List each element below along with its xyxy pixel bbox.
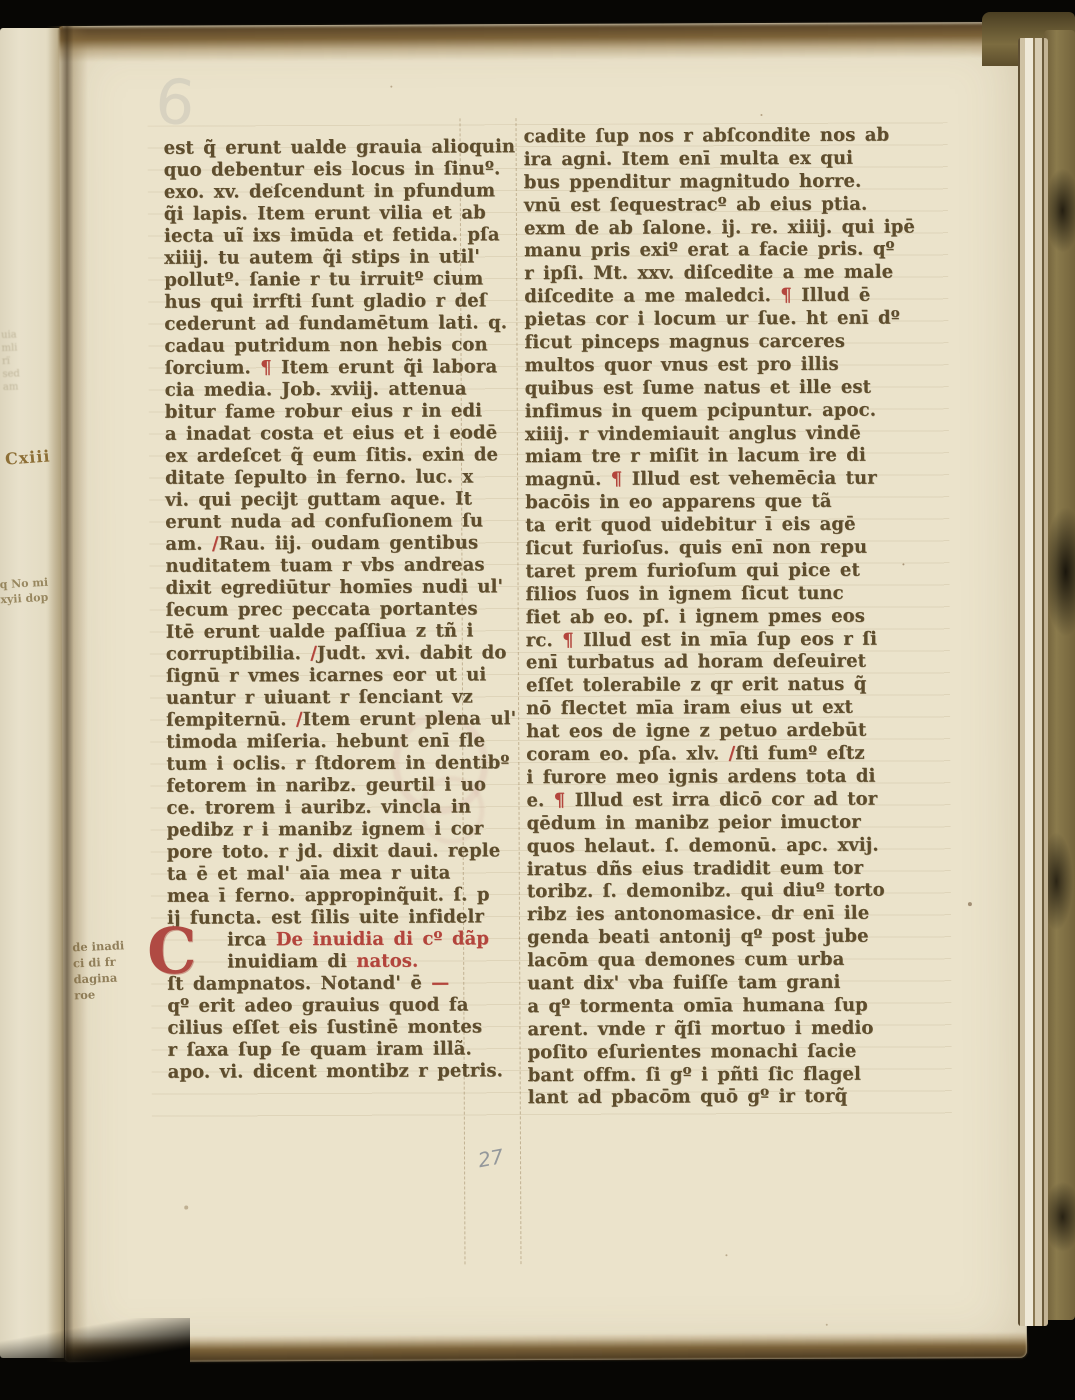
text-run: diſcedite a me maledci. <box>524 285 780 308</box>
text-run: timoda miſeria. hebunt enī fle <box>166 730 485 753</box>
text-run: e. <box>526 790 553 812</box>
text-run: magnū. <box>525 469 611 491</box>
text-run: Judt. xvi. dabit do <box>317 642 506 664</box>
text-run: mea ī ferno. appropinq̃uit. ſ. p <box>167 884 490 907</box>
manuscript-line: ſempiternū. /Item erunt plena ul' <box>166 708 502 732</box>
text-run: coram eo. pſa. xlv. <box>526 743 728 765</box>
rubric-run: — <box>431 972 449 993</box>
text-run: ſt dampnatos. Notand' ē <box>167 972 431 995</box>
rubric-run: ¶ <box>780 285 801 307</box>
binding-cover-edge <box>1044 30 1075 1320</box>
text-run: quibus est ſume natus et ille est <box>525 376 871 399</box>
manuscript-line: am. /Rau. iij. oudam gentibus <box>165 532 501 556</box>
manuscript-line: qēdum in manibz peior imuctor <box>527 811 927 836</box>
manuscript-line: pietas cor i locum ur ſue. ht enī dº <box>524 307 924 332</box>
text-run: r ſaxa ſup ſe quam iram illã. <box>168 1038 472 1061</box>
text-run: qēdum in manibz peior imuctor <box>527 811 861 834</box>
manuscript-line: ira agni. Item enī multa ex qui <box>524 147 924 172</box>
text-run: iratus dñs eius tradidit eum tor <box>527 857 863 880</box>
manuscript-line: infimus in quem pcipuntur. apoc. <box>525 399 925 424</box>
text-run: inuidiam di <box>227 951 356 973</box>
text-run: a inadat costa et eius et i eodē <box>165 422 497 445</box>
text-run: cilius eſſet eis ſustinē montes <box>167 1016 482 1039</box>
text-run: dixit egrediūtur homīes nudi ul' <box>165 576 503 599</box>
manuscript-line: q̃i lapis. Item erunt vilia et ab <box>164 202 500 226</box>
manuscript-line: uantur r uiuant r ſenciant vz <box>166 686 502 710</box>
text-run: fetorem in naribz. geurtil i uo <box>166 774 486 797</box>
manuscript-line: timoda miſeria. hebunt enī fle <box>166 730 502 754</box>
manuscript-line: pollutº. ſanie r tu irruitº cium <box>164 268 500 292</box>
text-run: iecta uĩ ixs imūda et fetida. pſa <box>164 224 500 247</box>
manuscript-line: nō flectet mīa iram eius ut ext <box>526 696 926 721</box>
manuscript-line: multos quor vnus est pro illis <box>525 353 925 378</box>
marginal-line: xyii dop <box>0 590 49 608</box>
manuscript-line: bitur fame robur eius r in edi <box>165 400 501 424</box>
text-run: r ipſi. Mt. xxv. diſcedite a me male <box>524 262 893 285</box>
manuscript-line: quibus est ſume natus et ille est <box>525 376 925 401</box>
manuscript-line: ditate ſepulto in ferno. luc. x <box>165 466 501 490</box>
manuscript-line: taret prem furioſum qui pice et <box>525 559 925 584</box>
manuscript-line: pedibz r i manibz ignem i cor <box>167 818 503 842</box>
text-run: hus qui irrfti ſunt gladio r deſ <box>164 290 486 313</box>
manuscript-line: e. ¶ Illud est irra dicō cor ad tor <box>526 788 926 813</box>
text-run: ex ardeſcet q̃ eum ſitis. exin de <box>165 444 498 467</box>
page-stack-edge <box>1018 38 1048 1326</box>
manuscript-line: poſito eſurientes monachi ſacie <box>528 1040 928 1065</box>
text-run: arent. vnde r q̃ſi mortuo i medio <box>527 1017 873 1040</box>
manuscript-line: uant dix' vba fuiſſe tam grani <box>527 971 927 996</box>
manuscript-line: fiet ab eo. pſ. i ignem pmes eos <box>526 605 926 630</box>
text-run: poſito eſurientes monachi ſacie <box>528 1040 857 1063</box>
text-run: ira agni. Item enī multa ex qui <box>524 147 853 170</box>
manuscript-line: enī turbatus ad horam deſeuiret <box>526 651 926 676</box>
pencil-mark-erased: 6 <box>152 64 199 141</box>
manuscript-line: Itē erunt ualde paſſiua z tñ i <box>166 620 502 644</box>
text-run: ij functa. est ſilis uite infidelr <box>167 906 484 929</box>
manuscript-line: lant ad pbacōm quō gº ir torq̃ <box>528 1086 928 1111</box>
text-run: ſicut furioſus. quis enī non repu <box>525 536 867 559</box>
text-run: xiiij. r vindemiauit anglus vindē <box>525 422 861 445</box>
manuscript-line: miam tre r miſit in lacum ire di <box>525 445 925 470</box>
text-run: exm de ab ſalone. ij. re. xiiij. qui ipē <box>524 216 915 239</box>
manuscript-line: ficut pinceps magnus carceres <box>524 330 924 355</box>
manuscript-line: mea ī ferno. appropinq̃uit. ſ. p <box>167 884 503 908</box>
manuscript-line: est q̃ erunt ualde grauia alioquin <box>164 136 500 160</box>
text-run: exo. xv. deſcendunt in pfundum <box>164 180 495 203</box>
manuscript-line: nuditatem tuam r vbs andreas <box>165 554 501 578</box>
manuscript-line: cederunt ad fundamētum lati. q. <box>164 312 500 336</box>
manuscript-line: vi. qui pecijt guttam aque. It <box>165 488 501 512</box>
manuscript-line: r ipſi. Mt. xxv. diſcedite a me male <box>524 261 924 286</box>
text-run: ce. trorem i auribz. vincla in <box>166 796 471 819</box>
text-run: ribz ies antonomasice. dr enī ile <box>527 903 869 926</box>
manuscript-line: ſorcium. ¶ Item erunt q̃i labora <box>165 356 501 380</box>
text-run: ditate ſepulto in ferno. luc. x <box>165 466 473 489</box>
manuscript-line: ta ē et mal' aīa mea r uita <box>167 862 503 886</box>
text-run: q̃i lapis. Item erunt vilia et ab <box>164 202 486 225</box>
text-run: infimus in quem pcipuntur. apoc. <box>525 399 876 422</box>
text-run: Item erunt plena ul' <box>303 708 517 730</box>
manuscript-line: fetorem in naribz. geurtil i uo <box>166 774 502 798</box>
text-run: vnū est ſequestracº ab eius ptia. <box>524 193 868 216</box>
manuscript-line: cadau putridum non hebis con <box>164 334 500 358</box>
rubric-run: ¶ <box>260 357 281 379</box>
manuscript-line: ſignū r vmes icarnes eor ut ui <box>166 664 502 688</box>
manuscript-line: ſt dampnatos. Notand' ē — <box>167 972 503 996</box>
manuscript-line: ce. trorem i auribz. vincla in <box>166 796 502 820</box>
text-run: fiet ab eo. pſ. i ignem pmes eos <box>526 605 865 628</box>
text-run: corruptibilia. <box>166 643 311 665</box>
text-run: Itē erunt ualde paſſiua z tñ i <box>166 620 474 643</box>
text-run: miam tre r miſit in lacum ire di <box>525 445 866 468</box>
text-run: pore toto. r jd. dixit daui. reple <box>167 840 501 863</box>
text-run: Illud ē <box>801 285 870 307</box>
manuscript-line: lacōm qua demones cum urba <box>527 948 927 973</box>
manuscript-line: inuidiam di natos. <box>167 950 503 974</box>
text-run: lacōm qua demones cum urba <box>527 949 844 972</box>
text-run: bus ppenditur magnitudo horre. <box>524 170 862 193</box>
text-run: ſecum prec peccata portantes <box>166 598 478 621</box>
folio-number: 27 <box>476 1144 505 1172</box>
text-run: filios ſuos in ignem ſicut tunc <box>526 582 844 605</box>
manuscript-line: a qº tormenta omīa humana ſup <box>527 994 927 1019</box>
text-run: genda beati antonij qº post jube <box>527 926 869 949</box>
text-run: taret prem furioſum qui pice et <box>525 559 859 582</box>
manuscript-line: toribz. ſ. demonibz. qui diuº torto <box>527 879 927 904</box>
manuscript-line: xiiij. tu autem q̃i stips in util' <box>164 246 500 270</box>
text-run: ficut pinceps magnus carceres <box>524 330 845 353</box>
manuscript-line: ex ardeſcet q̃ eum ſitis. exin de <box>165 444 501 468</box>
manuscript-line: ij functa. est ſilis uite infidelr <box>167 906 503 930</box>
text-run: nō flectet mīa iram eius ut ext <box>526 697 853 720</box>
text-run: ta ē et mal' aīa mea r uita <box>167 862 451 885</box>
text-run: cederunt ad fundamētum lati. q. <box>164 312 507 335</box>
text-run: ſorcium. <box>165 357 261 379</box>
manuscript-line: genda beati antonij qº post jube <box>527 925 927 950</box>
text-run: hat eos de igne z petuo ardebūt <box>526 720 866 743</box>
text-run: ſignū r vmes icarnes eor ut ui <box>166 664 486 687</box>
text-run: nuditatem tuam r vbs andreas <box>165 554 484 577</box>
rubric-run: natos. <box>356 950 418 972</box>
text-run: i furore meo ignis ardens tota di <box>526 765 875 788</box>
text-column-left: est q̃ erunt ualde grauia alioquinquo de… <box>164 136 504 1083</box>
text-run: a qº tormenta omīa humana ſup <box>527 994 868 1017</box>
text-run: eſſet tolerabile z qr erit natus q̃ <box>526 674 867 697</box>
text-run: ta erit quod uidebitur ī eis agē <box>525 514 855 537</box>
rubric-run: ¶ <box>554 789 575 811</box>
page-bottom-browned-edge <box>65 1332 1027 1362</box>
text-run: uant dix' vba fuiſſe tam grani <box>527 971 840 994</box>
manuscript-line: bus ppenditur magnitudo horre. <box>524 170 924 195</box>
manuscript-line: hat eos de igne z petuo ardebūt <box>526 719 926 744</box>
manuscript-page: 6 est q̃ erunt ualde grauia alioquinquo … <box>59 22 1027 1362</box>
text-run: cadau putridum non hebis con <box>164 334 487 357</box>
text-run: manu pris exiº erat a facie pris. qº <box>524 239 895 262</box>
page-top-browned-edge <box>59 22 1021 62</box>
manuscript-line: i furore meo ignis ardens tota di <box>526 765 926 790</box>
manuscript-line: bant offm. ſi gº i pñti ſic flagel <box>528 1063 928 1088</box>
text-run: Item erunt q̃i labora <box>281 356 497 378</box>
manuscript-line: ribz ies antonomasice. dr enī ile <box>527 902 927 927</box>
rubric-run: ¶ <box>562 629 583 651</box>
text-run: quo debentur eis locus in ſinuº. <box>164 158 501 181</box>
manuscript-line: iecta uĩ ixs imūda et fetida. pſa <box>164 224 500 248</box>
manuscript-line: quos helaut. ſ. demonū. apc. xvij. <box>527 834 927 859</box>
text-run: irca <box>227 929 276 951</box>
text-run: tum i oclis. r ſtdorem in dentibº <box>166 752 509 775</box>
manuscript-line: apo. vi. dicent montibz r petris. <box>168 1060 504 1084</box>
text-run: xiiij. tu autem q̃i stips in util' <box>164 246 480 269</box>
manuscript-line: dixit egrediūtur homīes nudi ul' <box>165 576 501 600</box>
marginal-note-low: q No mixyii dop <box>0 575 49 608</box>
manuscript-line: manu pris exiº erat a facie pris. qº <box>524 239 924 264</box>
manuscript-line: exo. xv. deſcendunt in pfundum <box>164 180 500 204</box>
manuscript-line: r ſaxa ſup ſe quam iram illã. <box>168 1038 504 1062</box>
text-run: pedibz r i manibz ignem i cor <box>167 818 484 841</box>
manuscript-line: a inadat costa et eius et i eodē <box>165 422 501 446</box>
text-run: ſti fumº eſtz <box>735 742 864 764</box>
manuscript-line: quo debentur eis locus in ſinuº. <box>164 158 500 182</box>
text-run: am. <box>165 533 212 555</box>
text-run: Illud est in mīa ſup eos r ſi <box>583 628 877 651</box>
text-run: bacōis in eo apparens que tã <box>525 491 832 514</box>
text-run: uantur r uiuant r ſenciant vz <box>166 686 473 709</box>
text-run: rc. <box>526 629 562 651</box>
manuscript-line: bacōis in eo apparens que tã <box>525 490 925 515</box>
manuscript-line: corruptibilia. /Judt. xvi. dabit do <box>166 642 502 666</box>
rubric-run: De inuidia di cº dãp <box>276 928 489 950</box>
manuscript-line: hus qui irrfti ſunt gladio r deſ <box>164 290 500 314</box>
text-run: Illud est irra dicō cor ad tor <box>575 788 878 811</box>
manuscript-line: rc. ¶ Illud est in mīa ſup eos r ſi <box>526 628 926 653</box>
manuscript-line: erunt nuda ad confuſionem ſu <box>165 510 501 534</box>
text-run: pietas cor i locum ur ſue. ht enī dº <box>524 307 900 330</box>
manuscript-line: coram eo. pſa. xlv. /ſti fumº eſtz <box>526 742 926 767</box>
text-run: quos helaut. ſ. demonū. apc. xvij. <box>527 834 879 857</box>
text-run: est q̃ erunt ualde grauia alioquin <box>164 136 516 159</box>
manuscript-line: cia media. Job. xviij. attenua <box>165 378 501 402</box>
text-run: vi. qui pecijt guttam aque. It <box>165 488 472 511</box>
text-run: Rau. iij. oudam gentibus <box>219 532 479 555</box>
rubric-run: ¶ <box>611 469 632 491</box>
manuscript-line: ſicut furioſus. quis enī non repu <box>525 536 925 561</box>
manuscript-line: exm de ab ſalone. ij. re. xiiij. qui ipē <box>524 216 924 241</box>
manuscript-line: tum i oclis. r ſtdorem in dentibº <box>166 752 502 776</box>
text-run: bitur fame robur eius r in edi <box>165 400 482 423</box>
text-run: erunt nuda ad confuſionem ſu <box>165 510 483 533</box>
manuscript-line: qº erit adeo grauius quod fa <box>167 994 503 1018</box>
manuscript-line: iratus dñs eius tradidit eum tor <box>527 857 927 882</box>
text-run: toribz. ſ. demonibz. qui diuº torto <box>527 880 885 903</box>
text-run: qº erit adeo grauius quod fa <box>167 994 468 1017</box>
text-run: apo. vi. dicent montibz r petris. <box>168 1060 503 1083</box>
text-run: cadite ſup nos r abſcondite nos ab <box>524 124 890 147</box>
manuscript-line: eſſet tolerabile z qr erit natus q̃ <box>526 673 926 698</box>
manuscript-line: pore toto. r jd. dixit daui. reple <box>167 840 503 864</box>
text-run: bant offm. ſi gº i pñti ſic flagel <box>528 1063 861 1086</box>
manuscript-line: filios ſuos in ignem ſicut tunc <box>526 582 926 607</box>
manuscript-line: cilius eſſet eis ſustinē montes <box>167 1016 503 1040</box>
text-run: multos quor vnus est pro illis <box>525 353 839 376</box>
manuscript-line: arent. vnde r q̃ſi mortuo i medio <box>527 1017 927 1042</box>
manuscript-photo: uiamlirïsedam Cxiii q No mixyii dop 6 es… <box>0 0 1075 1400</box>
text-column-right: cadite ſup nos r abſcondite nos abira ag… <box>524 124 928 1110</box>
manuscript-line: xiiij. r vindemiauit anglus vindē <box>525 422 925 447</box>
text-run: ſempiternū. <box>166 709 296 731</box>
text-run: pollutº. ſanie r tu irruitº cium <box>164 268 483 291</box>
manuscript-line: ta erit quod uidebitur ī eis agē <box>525 513 925 538</box>
manuscript-line: ſecum prec peccata portantes <box>166 598 502 622</box>
text-run: enī turbatus ad horam deſeuiret <box>526 651 866 674</box>
manuscript-line: cadite ſup nos r abſcondite nos ab <box>524 124 924 149</box>
gutter-fold <box>46 26 88 1362</box>
shadow-wedge <box>0 1318 190 1400</box>
manuscript-line: magnū. ¶ Illud est vehemēcia tur <box>525 467 925 492</box>
text-run: cia media. Job. xviij. attenua <box>165 378 467 401</box>
manuscript-line: irca De inuidia di cº dãp <box>167 928 503 952</box>
manuscript-line: diſcedite a me maledci. ¶ Illud ē <box>524 284 924 309</box>
illuminated-initial: C <box>147 921 197 982</box>
text-run: Illud est vehemēcia tur <box>632 468 877 490</box>
text-run: lant ad pbacōm quō gº ir torq̃ <box>528 1086 848 1109</box>
marginal-note-cxiii: Cxiii <box>4 446 51 468</box>
manuscript-line: vnū est ſequestracº ab eius ptia. <box>524 193 924 218</box>
